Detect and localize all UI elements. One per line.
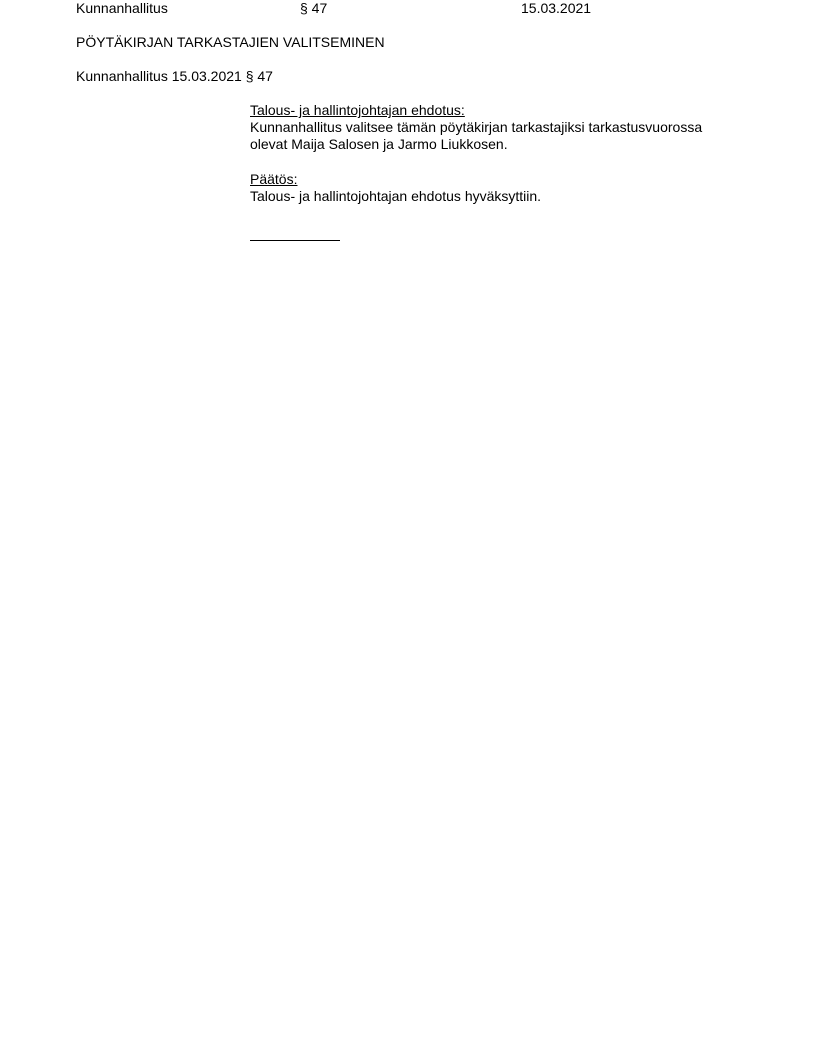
decision-text-line: Talous- ja hallintojohtajan ehdotus hyvä… xyxy=(250,188,541,205)
header-body-name: Kunnanhallitus xyxy=(76,0,168,17)
closing-rule-divider xyxy=(250,240,340,241)
proposal-text-line: Kunnanhallitus valitsee tämän pöytäkirja… xyxy=(250,119,702,136)
header-paragraph-number: § 47 xyxy=(300,0,327,17)
proposal-heading: Talous- ja hallintojohtajan ehdotus: xyxy=(250,102,702,119)
document-title: PÖYTÄKIRJAN TARKASTAJIEN VALITSEMINEN xyxy=(76,34,385,51)
meeting-reference: Kunnanhallitus 15.03.2021 § 47 xyxy=(76,68,273,85)
decision-section: Päätös: Talous- ja hallintojohtajan ehdo… xyxy=(250,171,541,205)
header-date: 15.03.2021 xyxy=(521,0,591,17)
proposal-text-line: olevat Maija Salosen ja Jarmo Liukkosen. xyxy=(250,136,702,153)
proposal-section: Talous- ja hallintojohtajan ehdotus: Kun… xyxy=(250,102,702,153)
decision-heading: Päätös: xyxy=(250,171,541,188)
